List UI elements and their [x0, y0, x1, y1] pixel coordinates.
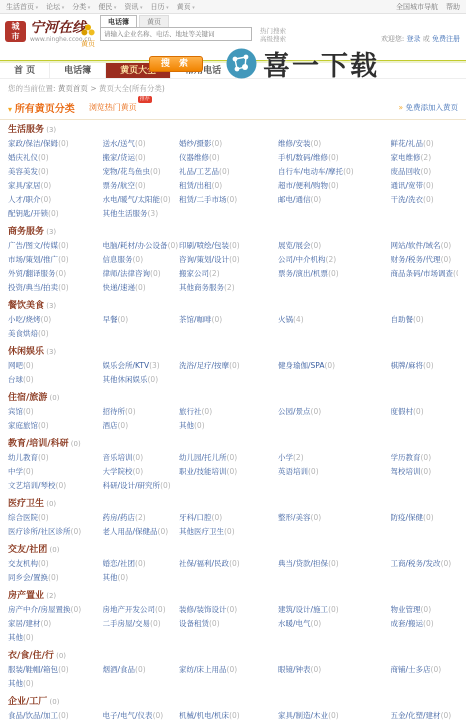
category-link[interactable]: 家政/保洁/保姆(0): [8, 137, 103, 151]
search-tab-电话簿[interactable]: 电话簿: [100, 15, 137, 27]
category-link[interactable]: 投资/典当/拍卖(0): [8, 281, 103, 295]
category-link-label: 财务/税务/代理: [391, 255, 441, 264]
category-link[interactable]: 建筑/设计/施工(0): [278, 603, 391, 617]
category-link[interactable]: 家居/建材(0): [8, 617, 103, 631]
category-link-label: 幼儿教育: [8, 453, 38, 462]
category-link-count: (0): [41, 195, 52, 204]
category-link[interactable]: 信息服务(0): [103, 253, 180, 267]
advanced-search-label[interactable]: 高级搜索: [260, 35, 286, 43]
category-link-label: 学历教育: [391, 453, 421, 462]
category-link[interactable]: 其他医疗卫生(0): [179, 525, 278, 539]
category-link[interactable]: 超市/便利/购物(0): [278, 179, 391, 193]
category-section-title: 餐饮美食 (3): [8, 300, 458, 313]
category-link-count: (0): [41, 315, 52, 324]
category-link[interactable]: 中学(0): [8, 465, 103, 479]
category-link[interactable]: 洗浴/足疗/按摩(0): [179, 359, 278, 373]
category-link[interactable]: 公司/中介机构(2): [278, 253, 391, 267]
category-section-title: 生活服务 (3): [8, 124, 458, 137]
category-link[interactable]: 搬家/货运(0): [103, 151, 180, 165]
category-link-count: (0): [38, 513, 49, 522]
category-link[interactable]: 仪器维修(0): [179, 151, 278, 165]
category-link-count: (0): [311, 407, 322, 416]
category-link[interactable]: 家具/制造/木业(0): [278, 709, 391, 723]
category-link[interactable]: 医疗诊所/社区诊所(0): [8, 525, 103, 539]
category-link-label: 超市/便利/购物: [278, 181, 328, 190]
category-link-label: 电子/电气/仪表: [103, 711, 153, 720]
category-link-label: 外贸/翻译服务: [8, 269, 56, 278]
topbar-link[interactable]: 资讯: [124, 3, 142, 11]
hot-search-label[interactable]: 热门搜索: [260, 27, 286, 35]
breadcrumb-prefix: 您的当前位置:: [8, 84, 56, 93]
category-link-label: 茶馆/咖啡: [179, 315, 212, 324]
category-link-label: 票务/航空: [103, 181, 136, 190]
category-link-count: (0): [23, 633, 34, 642]
category-link[interactable]: 通讯/宽带(0): [391, 179, 459, 193]
category-link[interactable]: 牙科/口腔(0): [179, 511, 278, 525]
category-section: 商务服务 (3)广告/图文/传媒(0)电脑/耗材/办公设备(0)印刷/喷绘/包装…: [8, 226, 458, 295]
topbar-link[interactable]: 论坛: [46, 3, 64, 11]
category-link-count: (0): [23, 407, 34, 416]
topbar-right-link[interactable]: 全国城市导航: [396, 3, 438, 11]
category-link[interactable]: 整形/美容(0): [278, 511, 391, 525]
category-link-label: 市场/策划/推广: [8, 255, 58, 264]
category-link[interactable]: 商铺/士多店(0): [391, 663, 459, 677]
category-link-label: 二手房屋/交易: [103, 619, 151, 628]
category-link-label: 防疫/保健: [391, 513, 424, 522]
category-link-count: (3): [149, 361, 160, 370]
category-link[interactable]: 驾校培训(0): [391, 465, 459, 479]
category-link-label: 家纺/床上用品: [179, 665, 227, 674]
category-link[interactable]: 学历教育(0): [391, 451, 459, 465]
category-link[interactable]: 旅行社(0): [179, 405, 278, 419]
category-section-name: 休闲娱乐: [8, 347, 44, 357]
category-section-count: (0): [47, 698, 59, 706]
category-link[interactable]: 电子/电气/仪表(0): [103, 709, 180, 723]
category-link-count: (0): [135, 283, 146, 292]
category-link-count: (0): [158, 527, 169, 536]
category-link[interactable]: 职业/技能培训(0): [179, 465, 278, 479]
category-link[interactable]: 幼儿园/托儿所(0): [179, 451, 278, 465]
topbar-link[interactable]: 便民: [98, 3, 116, 11]
category-link-label: 家具/制造/木业: [278, 711, 328, 720]
category-link[interactable]: 茶馆/咖啡(0): [179, 313, 278, 327]
category-link[interactable]: 其他(0): [8, 677, 103, 691]
category-link[interactable]: 票务/演出/机票(0): [278, 267, 391, 281]
search-module: 电话簿黄页 热门搜索 高级搜索: [100, 15, 286, 43]
category-link[interactable]: 人才/职介(0): [8, 193, 103, 207]
category-link[interactable]: 其他商务服务(2): [179, 281, 278, 295]
category-link-count: (3): [148, 209, 159, 218]
category-link[interactable]: 展览/展会(0): [278, 239, 391, 253]
category-link-label: 婚庆礼仪: [8, 153, 38, 162]
category-link-count: (0): [229, 241, 240, 250]
category-section-title: 交友/社团 (0): [8, 544, 458, 557]
city-seal-logo-icon: 城市: [5, 21, 26, 42]
nav-tab[interactable]: 电话簿: [50, 63, 106, 78]
category-link[interactable]: 幼儿教育(0): [8, 451, 103, 465]
category-link-count: (0): [311, 619, 322, 628]
all-categories-title: 所有黄页分类: [8, 100, 75, 115]
category-link-label: 台球: [8, 375, 23, 384]
category-link[interactable]: 商品条码/市场调查(0): [391, 267, 459, 281]
category-link[interactable]: 装修/装饰设计(0): [179, 603, 278, 617]
category-link-count: (0): [168, 241, 179, 250]
category-link[interactable]: 快递/速递(0): [103, 281, 180, 295]
login-link[interactable]: 登录: [407, 35, 421, 43]
category-link-label: 招待所: [103, 407, 126, 416]
category-link-label: 票务/演出/机票: [278, 269, 328, 278]
category-link[interactable]: 健身瑜伽/SPA(0): [278, 359, 391, 373]
category-section-count: (3): [44, 228, 56, 236]
category-link-label: 礼品/工艺品: [179, 167, 219, 176]
category-link[interactable]: 物业管理(0): [391, 603, 459, 617]
category-section-count: (3): [44, 302, 56, 310]
category-link[interactable]: 社保/福利/民政(0): [179, 557, 278, 571]
category-link-count: (2): [209, 269, 220, 278]
category-link[interactable]: 酒店(0): [103, 419, 180, 433]
category-link-count: (0): [153, 711, 164, 720]
category-link[interactable]: 家庭旅馆(0): [8, 419, 103, 433]
category-link[interactable]: 其他休闲娱乐(0): [103, 373, 180, 387]
category-link-label: 房地产开发公司: [103, 605, 156, 614]
category-link[interactable]: 自助餐(0): [391, 313, 459, 327]
site-logo[interactable]: 城市 宁河在线 www.ninghe.ccoo.cn: [5, 21, 91, 43]
category-link[interactable]: 典当/贷款/担保(0): [278, 557, 391, 571]
topbar-link[interactable]: 分类: [72, 3, 90, 11]
category-link[interactable]: 食品/饮品/加工(0): [8, 709, 103, 723]
category-link-label: 房产中介/房屋置换: [8, 605, 71, 614]
top-utility-bar: 生活首页论坛分类便民资讯日历黄页 全国城市导航帮助: [0, 0, 466, 14]
category-sections: 生活服务 (3)家政/保洁/保姆(0)送水/送气(0)婚纱/摄影(0)维修/安装…: [0, 120, 466, 723]
category-link[interactable]: 财务/税务/代理(0): [391, 253, 459, 267]
category-link-label: 其他: [179, 421, 194, 430]
category-link-count: (0): [38, 329, 49, 338]
category-link[interactable]: 棋牌/麻将(0): [391, 359, 459, 373]
category-link-count: (0): [328, 711, 339, 720]
category-grid: 房产中介/房屋置换(0)房地产开发公司(0)装修/装饰设计(0)建筑/设计/施工…: [8, 603, 458, 645]
category-link[interactable]: 宠物/花鸟鱼虫(0): [103, 165, 180, 179]
category-link-label: 美容美发: [8, 167, 38, 176]
category-link-label: 食品/饮品/加工: [8, 711, 58, 720]
category-link[interactable]: 早餐(0): [103, 313, 180, 327]
category-link-count: (0): [209, 153, 220, 162]
category-link-label: 美食烘焙: [8, 329, 38, 338]
category-link-label: 装修/装饰设计: [179, 605, 227, 614]
category-link[interactable]: 文艺培训/琴校(0): [8, 479, 103, 493]
category-link[interactable]: 公园/景点(0): [278, 405, 391, 419]
category-link[interactable]: 交友机构(0): [8, 557, 103, 571]
category-link[interactable]: 其他(0): [103, 571, 180, 585]
category-link-label: 牙科/口腔: [179, 513, 212, 522]
category-link[interactable]: 网站/软件/域名(0): [391, 239, 459, 253]
category-link-label: 职业/技能培训: [179, 467, 227, 476]
category-link-count: (0): [58, 241, 69, 250]
topbar-links: 生活首页论坛分类便民资讯日历黄页: [6, 2, 203, 12]
category-section-count: (3): [44, 126, 56, 134]
topbar-right-link[interactable]: 帮助: [446, 3, 460, 11]
category-link-label: 鲜花/礼品: [391, 139, 424, 148]
category-link[interactable]: 综合医院(0): [8, 511, 103, 525]
category-link[interactable]: 科研/设计/研究所(0): [103, 479, 180, 493]
category-link-label: 通讯/宽带: [391, 181, 424, 190]
category-link[interactable]: 水电/暖气/太阳能(0): [103, 193, 180, 207]
category-link[interactable]: 邮电/通信(0): [278, 193, 391, 207]
category-link-count: (0): [56, 269, 67, 278]
category-link[interactable]: 市场/策划/推广(0): [8, 253, 103, 267]
category-link-label: 其他: [8, 633, 23, 642]
category-link-label: 早餐: [103, 315, 118, 324]
category-link-count: (0): [212, 513, 223, 522]
category-link-count: (0): [227, 195, 238, 204]
site-header: 城市 宁河在线 www.ninghe.ccoo.cn 黄页 电话簿黄页 热门搜索…: [0, 14, 466, 60]
category-link-label: 配钥匙/开锁: [8, 209, 48, 218]
category-section-name: 生活服务: [8, 125, 44, 135]
category-link-label: 其他医疗卫生: [179, 527, 224, 536]
category-link-count: (0): [227, 453, 238, 462]
category-link[interactable]: 防疫/保健(0): [391, 511, 459, 525]
category-section-name: 交友/社团: [8, 545, 47, 555]
category-grid: 综合医院(0)药房/药店(2)牙科/口腔(0)整形/美容(0)防疫/保健(0)医…: [8, 511, 458, 539]
search-helper-text: 热门搜索 高级搜索: [260, 27, 286, 43]
category-link[interactable]: 机械/机电/机床(0): [179, 709, 278, 723]
search-input[interactable]: [100, 27, 252, 41]
category-link-label: 婚恋/社团: [103, 559, 136, 568]
category-link-label: 中学: [8, 467, 23, 476]
category-link[interactable]: 招待所(0): [103, 405, 180, 419]
category-link[interactable]: 干洗/洗衣(0): [391, 193, 459, 207]
category-link-count: (0): [423, 139, 434, 148]
category-link-label: 小学: [278, 453, 293, 462]
yellow-pages-badge: 黄页: [80, 24, 96, 49]
category-link-count: (0): [38, 559, 49, 568]
topbar-link[interactable]: 日历: [151, 3, 169, 11]
category-link[interactable]: 鲜花/礼品(0): [391, 137, 459, 151]
category-link-label: 人才/职介: [8, 195, 41, 204]
category-section: 教育/培训/科研 (0)幼儿教育(0)音乐培训(0)幼儿园/托儿所(0)小学(2…: [8, 438, 458, 493]
category-link[interactable]: 婚纱/摄影(0): [179, 137, 278, 151]
category-link-label: 律师/法律咨询: [103, 269, 151, 278]
category-link-count: (2): [224, 283, 235, 292]
category-link-label: 建筑/设计/施工: [278, 605, 328, 614]
category-link-label: 同乡会/置换: [8, 573, 48, 582]
topbar-link[interactable]: 黄页: [177, 3, 195, 11]
category-link-label: 棋牌/麻将: [391, 361, 424, 370]
category-link[interactable]: 租赁/出租(0): [179, 179, 278, 193]
category-section-count: (0): [47, 546, 59, 554]
category-link-label: 维修/安装: [278, 139, 311, 148]
category-link-count: (0): [421, 453, 432, 462]
category-link[interactable]: 老人用品/保健品(0): [103, 525, 180, 539]
category-link[interactable]: 票务/航空(0): [103, 179, 180, 193]
category-link[interactable]: 小学(2): [278, 451, 391, 465]
category-link[interactable]: 工商/税务/发改(0): [391, 557, 459, 571]
category-link[interactable]: 水暖/电气(0): [278, 617, 391, 631]
category-link-label: 社保/福利/民政: [179, 559, 229, 568]
category-link[interactable]: 广告/图文/传媒(0): [8, 239, 103, 253]
category-link[interactable]: 咨询/策划/设计(0): [179, 253, 278, 267]
topbar-link[interactable]: 生活首页: [6, 3, 38, 11]
category-grid: 幼儿教育(0)音乐培训(0)幼儿园/托儿所(0)小学(2)学历教育(0)中学(0…: [8, 451, 458, 493]
category-link-count: (0): [155, 605, 166, 614]
category-link-count: (0): [125, 407, 136, 416]
category-link-label: 酒店: [103, 421, 118, 430]
category-link[interactable]: 自行车/电动车/摩托(0): [278, 165, 391, 179]
category-link[interactable]: 美食烘焙(0): [8, 327, 103, 341]
hot-pages-link[interactable]: 浏览热门黄页 推荐: [89, 102, 137, 113]
category-link-count: (0): [135, 181, 146, 190]
category-link-count: (0): [421, 467, 432, 476]
category-link-count: (0): [41, 181, 52, 190]
category-link[interactable]: 度假村(0): [391, 405, 459, 419]
category-link-label: 租赁/出租: [179, 181, 212, 190]
topbar-right-links: 全国城市导航帮助: [388, 2, 460, 12]
category-link[interactable]: 五金/化塑/建材(0): [391, 709, 459, 723]
search-button[interactable]: 搜 索: [149, 56, 203, 72]
category-link-label: 眼镜/钟表: [278, 665, 311, 674]
category-link-count: (0): [227, 605, 238, 614]
category-link-count: (0): [38, 153, 49, 162]
category-link[interactable]: 电脑/耗材/办公设备(0): [103, 239, 180, 253]
category-section: 住宿/旅游 (0)宾馆(0)招待所(0)旅行社(0)公园/景点(0)度假村(0)…: [8, 392, 458, 433]
category-link[interactable]: 搬家公司(2): [179, 267, 278, 281]
category-link-count: (0): [23, 361, 34, 370]
category-link-count: (0): [421, 605, 432, 614]
category-link[interactable]: 家纺/床上用品(0): [179, 663, 278, 677]
category-link[interactable]: 家具/家居(0): [8, 179, 103, 193]
category-link[interactable]: 小吃/烧烤(0): [8, 313, 103, 327]
category-link-count: (0): [160, 481, 171, 490]
category-link[interactable]: 宾馆(0): [8, 405, 103, 419]
category-link[interactable]: 设备租赁(0): [179, 617, 278, 631]
category-link-label: 家电维修: [391, 153, 421, 162]
category-link-count: (0): [328, 605, 339, 614]
category-link-count: (2): [326, 255, 337, 264]
category-section-name: 商务服务: [8, 227, 44, 237]
breadcrumb-home-link[interactable]: 黄页首页: [58, 84, 88, 93]
category-link-label: 搬家公司: [179, 269, 209, 278]
category-link[interactable]: 废品回收(0): [391, 165, 459, 179]
category-link[interactable]: 其他(0): [179, 419, 278, 433]
category-link-label: 其他: [8, 679, 23, 688]
category-link[interactable]: 音乐培训(0): [103, 451, 180, 465]
category-link-count: (0): [58, 283, 69, 292]
category-section: 生活服务 (3)家政/保洁/保姆(0)送水/送气(0)婚纱/摄影(0)维修/安装…: [8, 124, 458, 221]
category-link[interactable]: 婚庆礼仪(0): [8, 151, 103, 165]
category-link-label: 快递/速递: [103, 283, 136, 292]
category-link[interactable]: 火锅(4): [278, 313, 391, 327]
category-grid: 网吧(0)娱乐会所/KTV(3)洗浴/足疗/按摩(0)健身瑜伽/SPA(0)棋牌…: [8, 359, 458, 387]
category-link[interactable]: 药房/药店(2): [103, 511, 180, 525]
category-link[interactable]: 网吧(0): [8, 359, 103, 373]
category-link-count: (0): [431, 665, 442, 674]
category-link-count: (0): [423, 361, 434, 370]
category-section-name: 衣/食/住/行: [8, 651, 54, 661]
category-link[interactable]: 手机/数码/维修(0): [278, 151, 391, 165]
category-link-count: (0): [38, 421, 49, 430]
category-link-label: 娱乐会所/KTV: [103, 361, 150, 370]
category-link-label: 烟酒/食品: [103, 665, 136, 674]
category-link-label: 机械/机电/机床: [179, 711, 229, 720]
search-tab-黄页[interactable]: 黄页: [139, 15, 169, 27]
category-link-count: (0): [38, 167, 49, 176]
category-link[interactable]: 送水/送气(0): [103, 137, 180, 151]
category-link[interactable]: 礼品/工艺品(0): [179, 165, 278, 179]
category-link[interactable]: 房地产开发公司(0): [103, 603, 180, 617]
category-link[interactable]: 婚恋/社团(0): [103, 557, 180, 571]
category-link[interactable]: 英语培训(0): [278, 465, 391, 479]
category-link-label: 商品条码/市场调查: [391, 269, 454, 278]
category-section: 医疗卫生 (0)综合医院(0)药房/药店(2)牙科/口腔(0)整形/美容(0)防…: [8, 498, 458, 539]
category-link[interactable]: 同乡会/置换(0): [8, 571, 103, 585]
category-link-count: (0): [328, 153, 339, 162]
category-link[interactable]: 家电维修(2): [391, 151, 459, 165]
category-link-label: 租赁/二手市场: [179, 195, 227, 204]
category-link[interactable]: 律师/法律咨询(0): [103, 267, 180, 281]
welcome-prefix: 欢迎您:: [381, 35, 404, 43]
category-link-count: (0): [227, 665, 238, 674]
category-link-count: (0): [38, 453, 49, 462]
category-link-count: (0): [135, 139, 146, 148]
category-link-label: 宾馆: [8, 407, 23, 416]
category-link-label: 度假村: [391, 407, 414, 416]
category-link[interactable]: 维修/安装(0): [278, 137, 391, 151]
category-link-label: 水暖/电气: [278, 619, 311, 628]
category-link-label: 婚纱/摄影: [179, 139, 212, 148]
category-link[interactable]: 美容美发(0): [8, 165, 103, 179]
category-link-count: (0): [441, 241, 452, 250]
category-link-label: 幼儿园/托儿所: [179, 453, 227, 462]
category-link-count: (0): [135, 153, 146, 162]
category-link[interactable]: 成套/搬运(0): [391, 617, 459, 631]
category-section-count: (0): [54, 652, 66, 660]
category-link[interactable]: 印刷/喷绘/包装(0): [179, 239, 278, 253]
category-link[interactable]: 其他生活服务(3): [103, 207, 180, 221]
category-link-label: 自助餐: [391, 315, 414, 324]
category-link[interactable]: 烟酒/食品(0): [103, 663, 180, 677]
category-section-name: 餐饮美食: [8, 301, 44, 311]
category-link-label: 文艺培训/琴校: [8, 481, 56, 490]
category-link[interactable]: 二手房屋/交易(0): [103, 617, 180, 631]
category-section: 企业/工厂 (0)食品/饮品/加工(0)电子/电气/仪表(0)机械/机电/机床(…: [8, 696, 458, 723]
category-link-label: 交友机构: [8, 559, 38, 568]
category-link-count: (0): [311, 665, 322, 674]
category-link[interactable]: 服装/鞋帽/箱包(0): [8, 663, 103, 677]
category-link-label: 服装/鞋帽/箱包: [8, 665, 58, 674]
category-link[interactable]: 租赁/二手市场(0): [179, 193, 278, 207]
breadcrumb-separator: >: [90, 84, 96, 93]
category-link-label: 小吃/烧烤: [8, 315, 41, 324]
category-link-label: 旅行社: [179, 407, 202, 416]
register-link[interactable]: 免费注册: [432, 35, 460, 43]
nav-tab[interactable]: 首 页: [0, 63, 50, 78]
category-link[interactable]: 眼镜/钟表(0): [278, 663, 391, 677]
category-link-label: 广告/图文/传媒: [8, 241, 58, 250]
category-link[interactable]: 外贸/翻译服务(0): [8, 267, 103, 281]
category-link[interactable]: 配钥匙/开锁(0): [8, 207, 103, 221]
category-link-label: 水电/暖气/太阳能: [103, 195, 161, 204]
category-link-count: (0): [219, 167, 230, 176]
category-link[interactable]: 台球(0): [8, 373, 103, 387]
add-to-yellow-pages-link[interactable]: 免费添加入黄页: [399, 102, 458, 113]
category-link[interactable]: 其他(0): [8, 631, 103, 645]
category-link-count: (0): [212, 181, 223, 190]
category-link[interactable]: 娱乐会所/KTV(3): [103, 359, 180, 373]
category-link[interactable]: 房产中介/房屋置换(0): [8, 603, 103, 617]
category-link[interactable]: 大学院校(0): [103, 465, 180, 479]
category-link-label: 干洗/洗衣: [391, 195, 424, 204]
category-link-count: (0): [423, 195, 434, 204]
category-link-label: 投资/典当/拍卖: [8, 283, 58, 292]
